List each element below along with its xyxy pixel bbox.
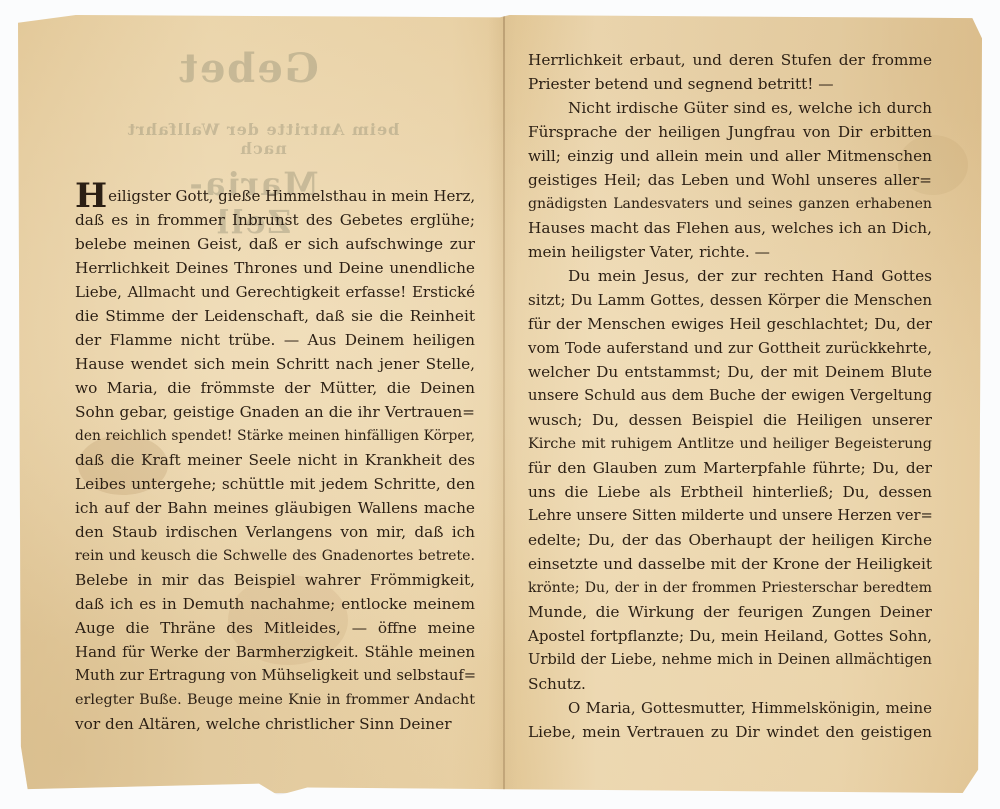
- bleed-through-title: Gebet: [173, 45, 323, 92]
- text-line: daß es in frommer Inbrunst des Gebetes e…: [75, 208, 475, 232]
- paragraph-start-line: O Maria, Gottesmutter, Himmelskönigin, m…: [528, 696, 932, 720]
- text-line: Liebe, Allmacht und Gerechtigkeit erfass…: [75, 280, 475, 304]
- text-line: wusch; Du, dessen Beispiel die Heiligen …: [528, 408, 932, 432]
- text-line: Hause wendet sich mein Schritt nach jene…: [75, 352, 475, 376]
- text-line: Priester betend und segnend betritt! —: [528, 72, 932, 96]
- text-line: Heiligster Gott, gieße Himmelsthau in me…: [75, 184, 475, 208]
- text-line: Auge die Thräne des Mitleides, — öffne m…: [75, 616, 475, 640]
- text-line: edelte; Du, der das Oberhaupt der heilig…: [528, 528, 932, 552]
- text-line: unsere Schuld aus dem Buche der ewigen V…: [528, 384, 932, 408]
- text-line: einsetzte und dasselbe mit der Krone der…: [528, 552, 932, 576]
- left-page: Heiligster Gott, gieße Himmelsthau in me…: [75, 184, 475, 736]
- text-line: daß die Kraft meiner Seele nicht in Kran…: [75, 448, 475, 472]
- text-line: den reichlich spendet! Stärke meinen hin…: [75, 424, 475, 448]
- text-line: für den Glauben zum Marterpfahle führte;…: [528, 456, 932, 480]
- text-line: will; einzig und allein mein und aller M…: [528, 144, 932, 168]
- paragraph-start-line: Du mein Jesus, der zur rechten Hand Gott…: [528, 264, 932, 288]
- text-line: den Staub irdischen Verlangens von mir, …: [75, 520, 475, 544]
- text-line: Herrlichkeit Deines Thrones und Deine un…: [75, 256, 475, 280]
- text-line: daß ich es in Demuth nachahme; entlocke …: [75, 592, 475, 616]
- text-line: uns die Liebe als Erbtheil hinterließ; D…: [528, 480, 932, 504]
- bleed-through-subtitle: beim Antritte der Wallfahrt nach: [113, 120, 413, 158]
- text-line: Hauses macht das Flehen aus, welches ich…: [528, 216, 932, 240]
- text-line: Kirche mit ruhigem Antlitze und heiliger…: [528, 432, 932, 456]
- text-line: Leibes untergehe; schüttle mit jedem Sch…: [75, 472, 475, 496]
- text-line: Fürsprache der heiligen Jungfrau von Dir…: [528, 120, 932, 144]
- paragraph-start-line: Nicht irdische Güter sind es, welche ich…: [528, 96, 932, 120]
- text-line: Urbild der Liebe, nehme mich in Deinen a…: [528, 648, 932, 672]
- text-line: der Flamme nicht trübe. — Aus Deinem hei…: [75, 328, 475, 352]
- text-line: welcher Du entstammst; Du, der mit Deine…: [528, 360, 932, 384]
- text-line: gnädigsten Landesvaters und seines ganze…: [528, 192, 932, 216]
- text-line: geistiges Heil; das Leben und Wohl unser…: [528, 168, 932, 192]
- text-line: mein heiligster Vater, richte. —: [528, 240, 932, 264]
- text-line: Herrlichkeit erbaut, und deren Stufen de…: [528, 48, 932, 72]
- text-line: Apostel fortpflanzte; Du, mein Heiland, …: [528, 624, 932, 648]
- text-line: ich auf der Bahn meines gläubigen Wallen…: [75, 496, 475, 520]
- text-line: krönte; Du, der in der frommen Priesters…: [528, 576, 932, 600]
- text-line: Sohn gebar, geistige Gnaden an die ihr V…: [75, 400, 475, 424]
- text-line: belebe meinen Geist, daß er sich aufschw…: [75, 232, 475, 256]
- text-line: rein und keusch die Schwelle des Gnadeno…: [75, 544, 475, 568]
- text-line: die Stimme der Leidenschaft, daß sie die…: [75, 304, 475, 328]
- text-line: vor den Altären, welche christlicher Sin…: [75, 712, 475, 736]
- text-line: Muth zur Ertragung von Mühseligkeit und …: [75, 664, 475, 688]
- text-line: Belebe in mir das Beispiel wahrer Frömmi…: [75, 568, 475, 592]
- text-line: Schutz.: [528, 672, 932, 696]
- text-line: vom Tode auferstand und zur Gottheit zur…: [528, 336, 932, 360]
- text-line: Hand für Werke der Barmherzigkeit. Stähl…: [75, 640, 475, 664]
- text-line: Lehre unsere Sitten milderte und unsere …: [528, 504, 932, 528]
- right-page: Herrlichkeit erbaut, und deren Stufen de…: [528, 48, 932, 744]
- text-line: sitzt; Du Lamm Gottes, dessen Körper die…: [528, 288, 932, 312]
- center-fold: [503, 15, 505, 793]
- text-line: Munde, die Wirkung der feurigen Zungen D…: [528, 600, 932, 624]
- text-line: für der Menschen ewiges Heil geschlachte…: [528, 312, 932, 336]
- text-line: wo Maria, die frömmste der Mütter, die D…: [75, 376, 475, 400]
- text-line: Liebe, mein Vertrauen zu Dir windet den …: [528, 720, 932, 744]
- text-line: erlegter Buße. Beuge meine Knie in fromm…: [75, 688, 475, 712]
